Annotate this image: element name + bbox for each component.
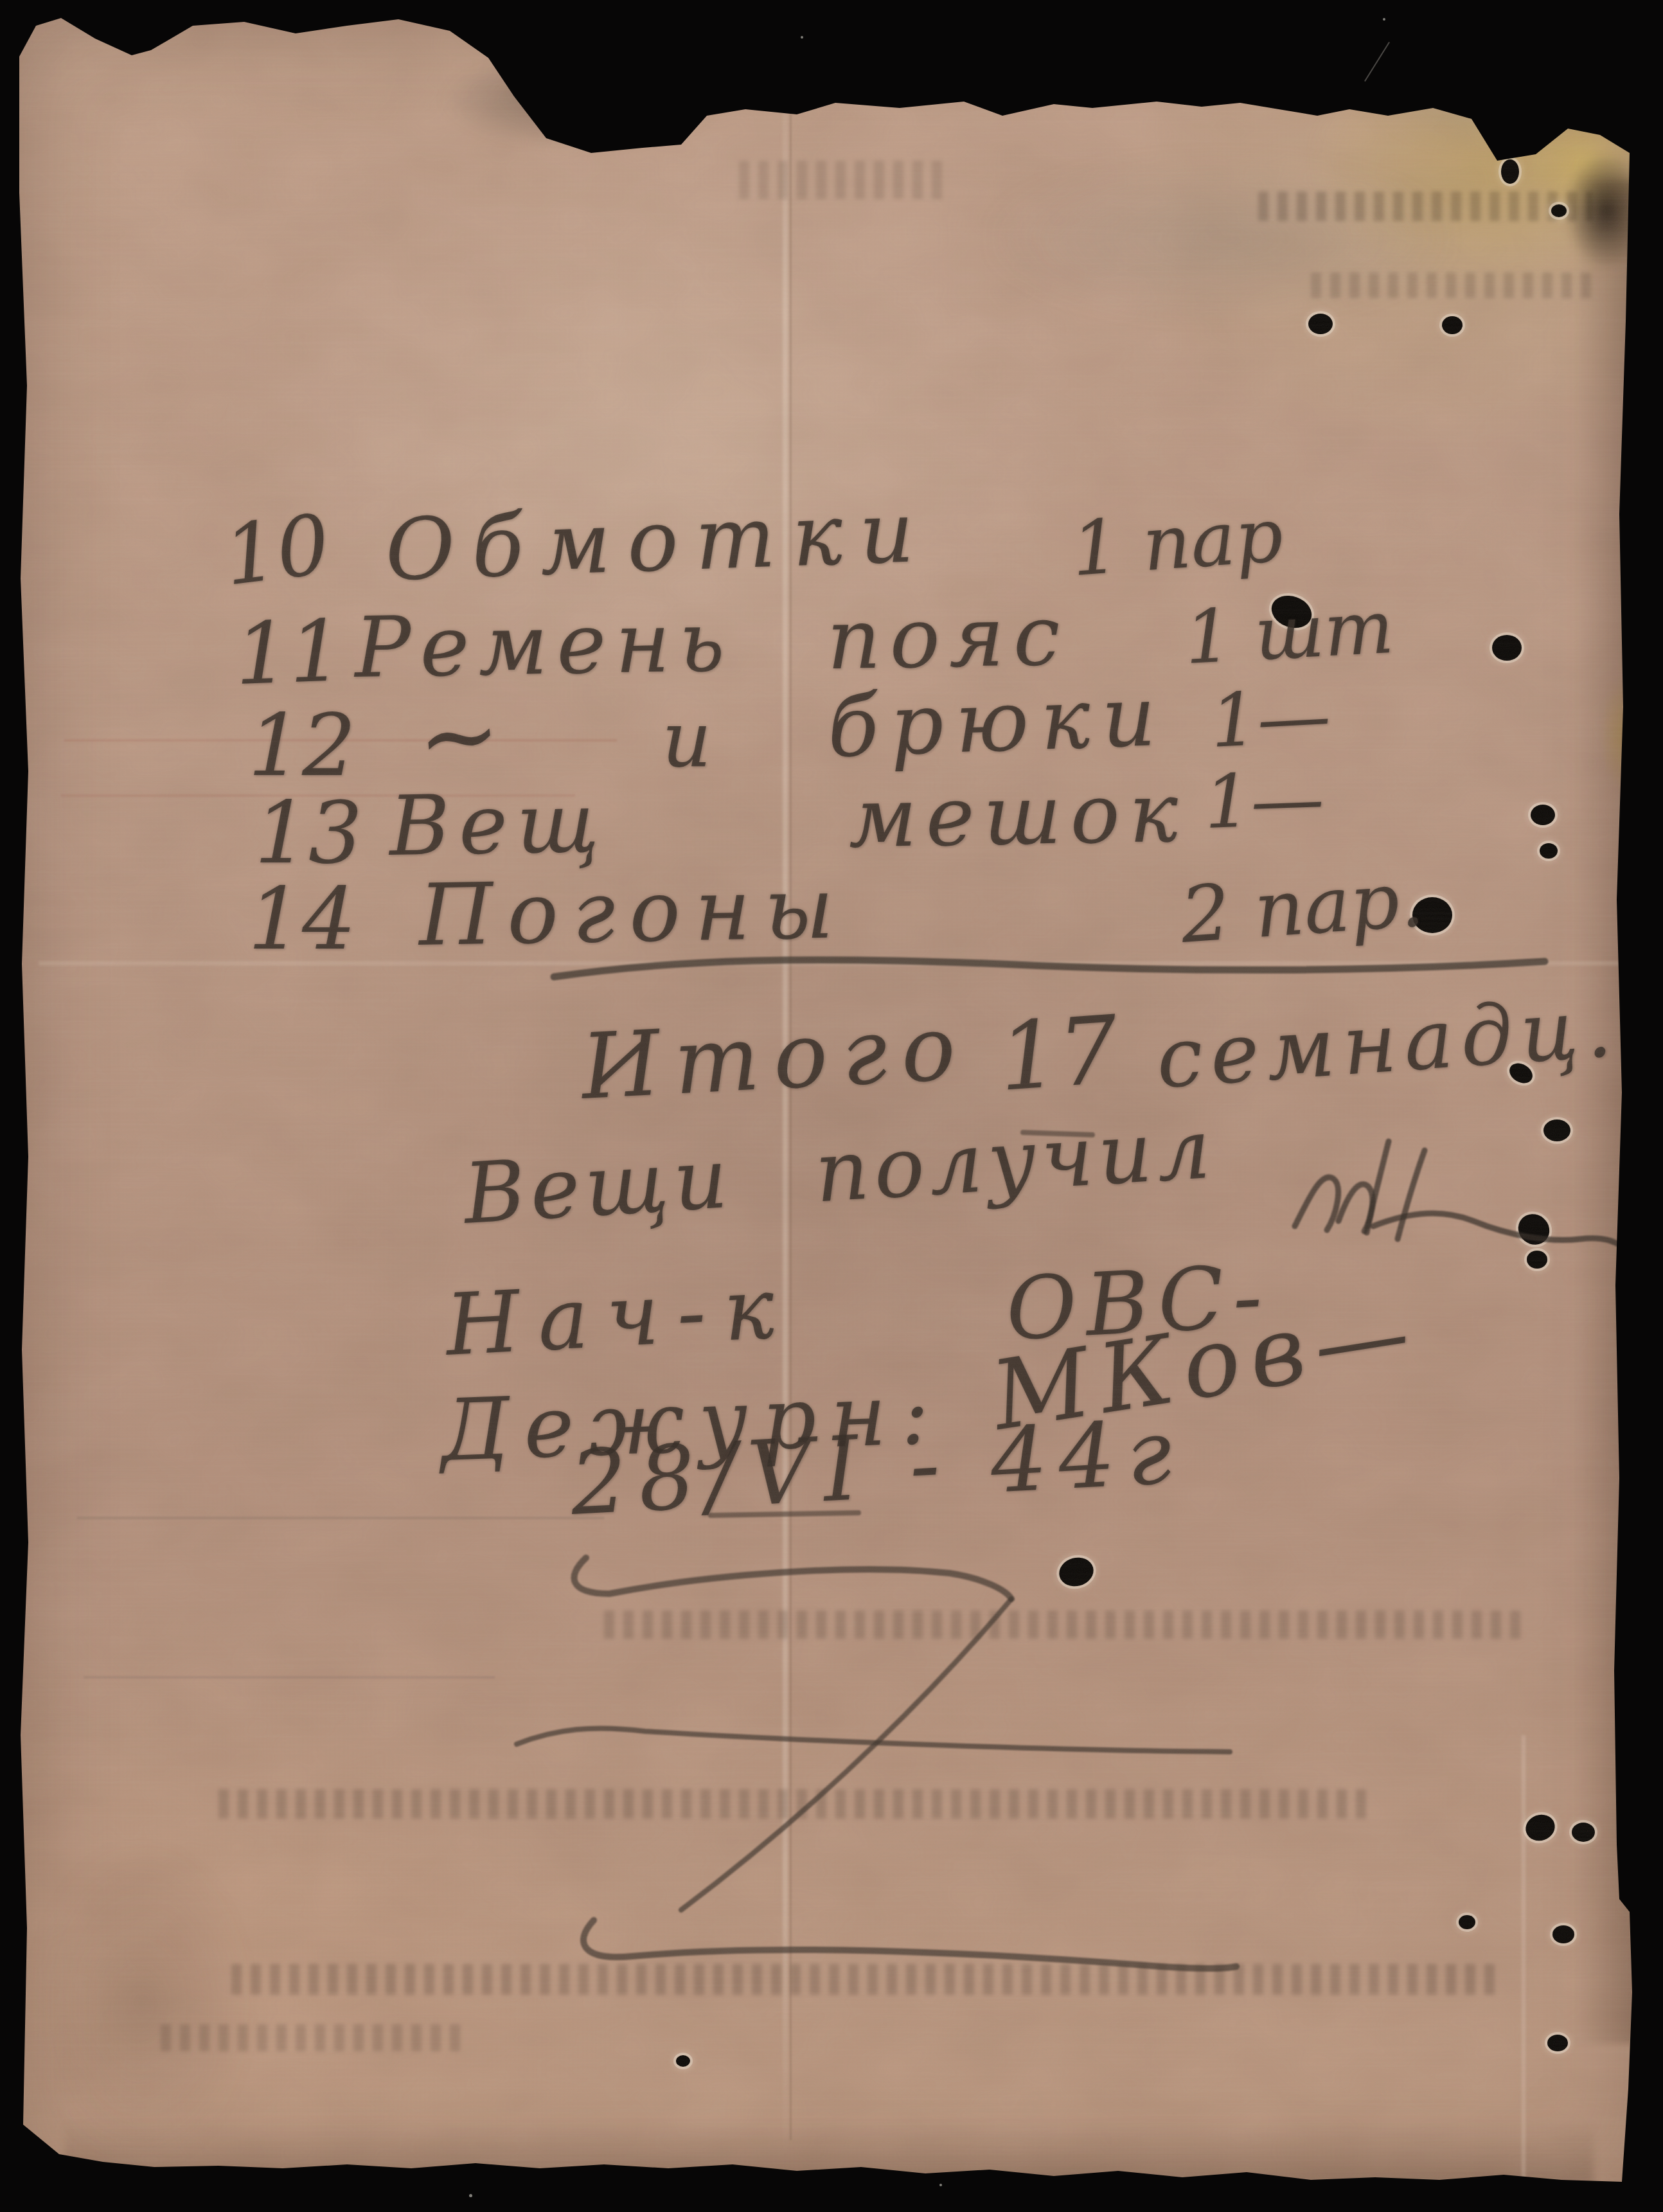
show-through-print [231,1964,1504,1995]
item-10-name: Обмотки [384,482,932,600]
item-12-conjunction: и [662,695,711,785]
total-value-words: семнадц. [1153,979,1623,1107]
paper-hole [1572,1823,1595,1842]
paper-hole [1547,2035,1568,2051]
paper-hole [1552,1925,1574,1943]
paper-hole [1308,314,1333,334]
show-through-print [1258,192,1592,221]
shadow-notch [1565,153,1649,269]
yellow-stain [1311,77,1645,289]
ruling-line [77,1517,604,1519]
gray-wash [1375,39,1606,154]
cancellation-z-mark [496,1524,1261,1987]
item-12-name: брюки [826,667,1168,776]
paper-hole [1543,1119,1570,1141]
show-through-print [161,2024,463,2051]
item-10-quantity: 1 пар [1069,492,1285,593]
item-13-number: 13 [254,784,362,883]
show-through-print [604,1610,1529,1639]
item-13-quantity: 1— [1203,756,1326,845]
hair-fiber [1364,42,1390,82]
ruling-line [84,1676,495,1679]
dust-speck [939,2184,942,2186]
edge-darkening [39,1851,244,2159]
paper-hole [1501,159,1519,184]
total-label: Итого [579,995,972,1119]
item-11-quantity: 1 шт [1183,584,1396,681]
total-value: 17 [995,995,1121,1112]
edge-darkening [64,2121,1594,2185]
item-12-quantity: 1— [1209,672,1333,764]
signature-scribble [1276,1100,1639,1274]
paper-hole [1056,1554,1097,1590]
dust-speck [801,36,803,39]
paper-hole [1540,843,1558,859]
item-14-number: 14 [248,870,356,969]
signer-role: Нач-к [443,1258,795,1375]
dust-speck [469,2194,472,2197]
edge-darkening [1576,180,1640,2044]
yellow-stain [1601,680,1646,789]
paper-hole [1551,204,1567,217]
paper-sheet: 10 Обмотки 1 пар 11 Ремень пояс 1 шт 12 … [0,0,1663,2212]
show-through-print [739,161,945,199]
item-14-name: Погоны [418,859,849,965]
gray-smudge [443,51,720,148]
item-14-quantity: 2 пар. [1178,855,1427,961]
yellow-stain [1529,112,1639,215]
paper-hole [1492,635,1522,661]
paper-hole [1527,1251,1547,1269]
item-12-number: 12 [248,697,356,796]
paper-hole [1459,1915,1475,1929]
item-13-name: Вещ мешок [389,765,1188,875]
paper-hole [1442,316,1463,334]
gray-wash [990,154,1452,321]
received-line: Вещи получил [461,1100,1218,1243]
dust-speck [1383,18,1385,21]
item-11-number: 11 [233,602,344,704]
item-10-number: 10 [219,497,335,605]
paper-hole [1522,1810,1559,1844]
fold-crease-vertical [1522,1735,1525,2179]
show-through-print [218,1789,1375,1819]
paper-hole [1531,805,1555,825]
paper-hole [676,2055,690,2067]
paper-hole [1512,1208,1556,1251]
show-through-print [1311,272,1594,298]
scan-backdrop: 10 Обмотки 1 пар 11 Ремень пояс 1 шт 12 … [0,0,1663,2212]
